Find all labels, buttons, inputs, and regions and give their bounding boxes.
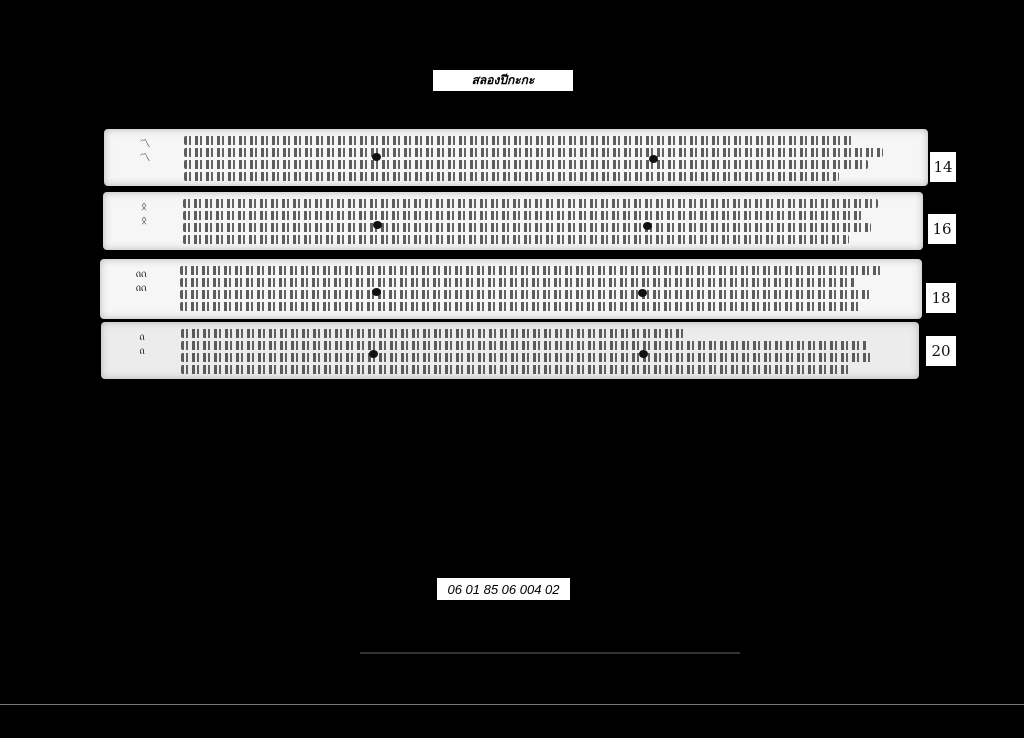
title-label: สลองปีกะกะ [433,70,573,91]
binding-hole [372,288,381,296]
binding-hole [639,350,648,358]
binding-hole [649,155,658,163]
leaf-margin-numeral: ᦶᦶ [134,267,148,295]
leaf-margin-numeral: ᛟᛟ [137,200,151,228]
leaf-margin-numeral: ᦵᦵ [135,330,149,358]
binding-hole [369,350,378,358]
binding-hole [372,153,381,161]
leaf-text-lines [180,263,906,315]
page-number-label: 16 [928,214,956,244]
leaf-text-lines [183,196,907,246]
palm-leaf-1: 〽〽 [104,129,928,186]
leaf-text-lines [184,133,912,182]
page-number-label: 14 [930,152,956,182]
scan-line [0,704,1024,705]
page-number-label: 18 [926,283,956,313]
catalog-id-label: 06 01 85 06 004 02 [437,578,570,600]
leaf-margin-numeral: 〽〽 [138,137,152,165]
palm-leaf-3: ᦶᦶ [100,259,922,319]
binding-hole [643,222,652,230]
palm-leaf-4: ᦵᦵ [101,322,919,379]
binding-hole [373,221,382,229]
palm-leaf-2: ᛟᛟ [103,192,923,250]
scan-artifact [360,652,740,654]
binding-hole [638,289,647,297]
leaf-text-lines [181,326,903,375]
page-number-label: 20 [926,336,956,366]
